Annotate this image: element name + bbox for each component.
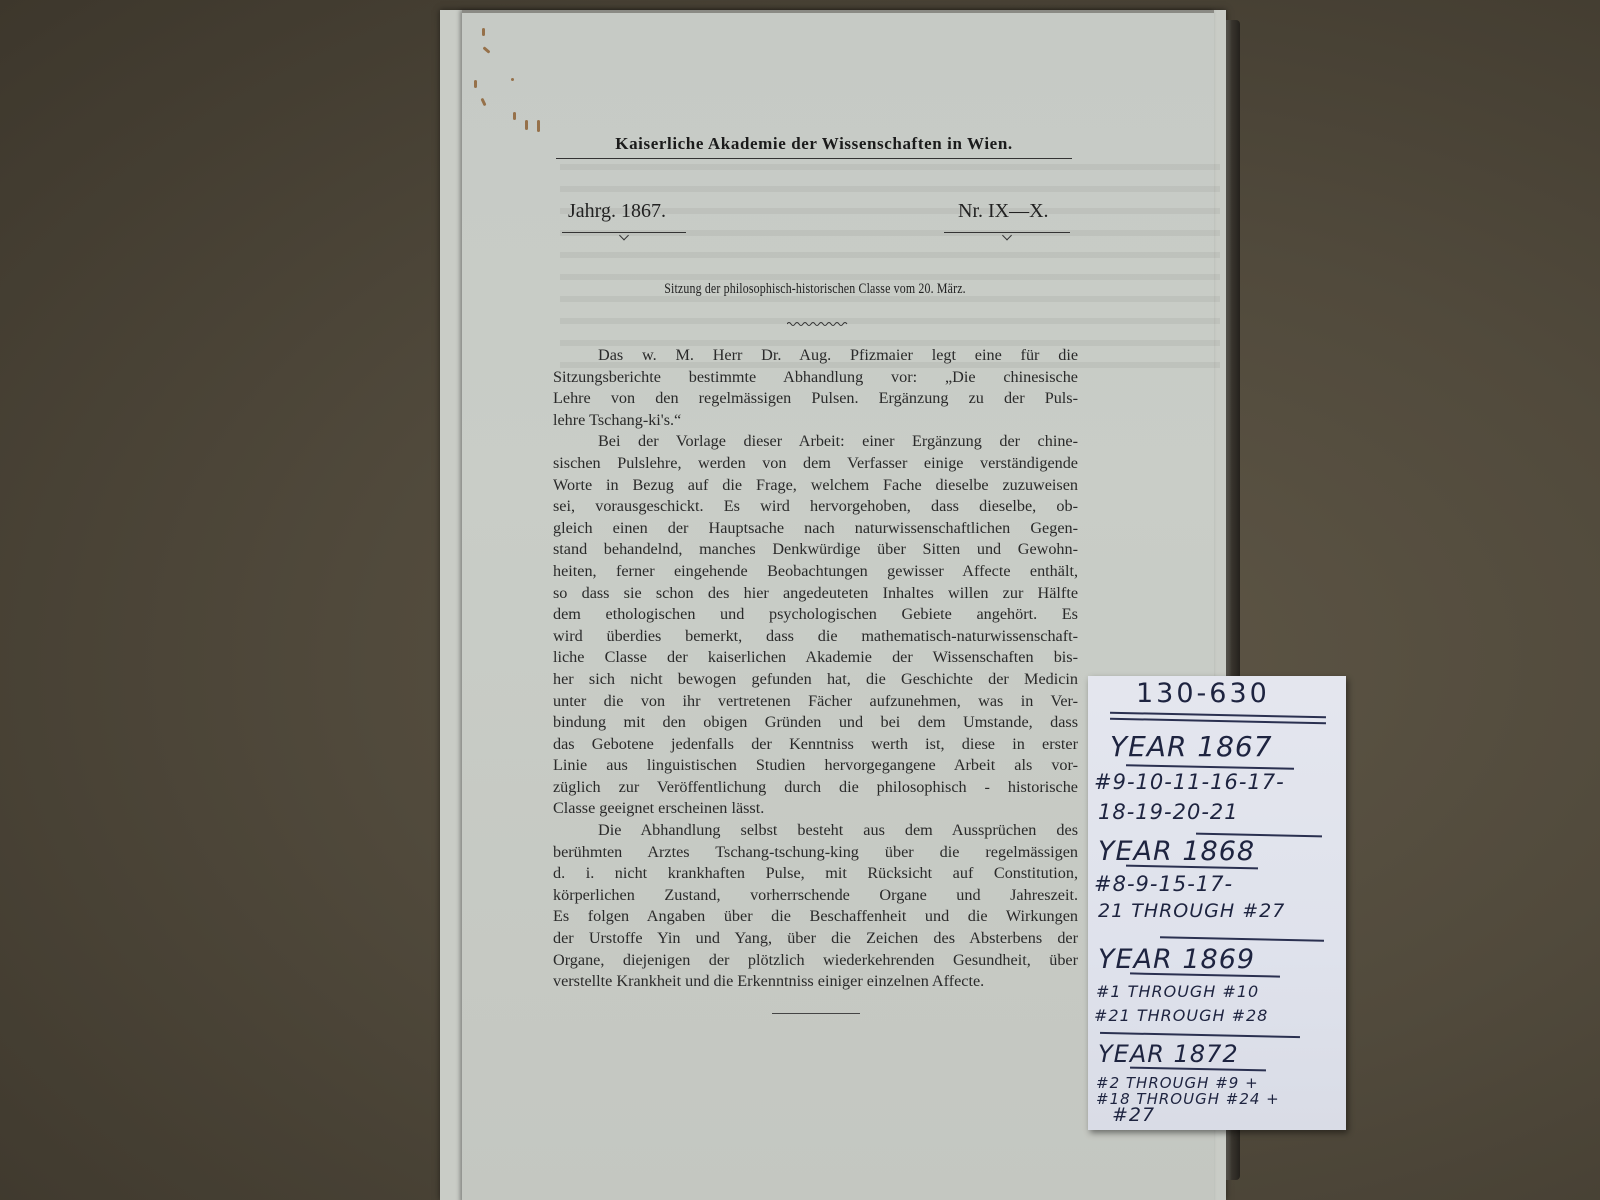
body-line: körperlichen Zustand, vorherrschende Org…: [553, 885, 1078, 907]
body-line: wird überdies bemerkt, dass die mathemat…: [553, 626, 1078, 648]
body-line: züglich zur Veröffentlichung durch die p…: [553, 777, 1078, 799]
body-line: Sitzungsberichte bestimmte Abhandlung vo…: [553, 367, 1078, 389]
body-line: das Gebotene jedenfalls der Kenntniss we…: [553, 734, 1078, 756]
body-line: Es folgen Angaben über die Beschaffenhei…: [553, 906, 1078, 928]
end-rule: [772, 1013, 860, 1014]
foxing-mark: [513, 112, 516, 120]
body-line: dem ethologischen und psychologischen Ge…: [553, 604, 1078, 626]
body-line: Worte in Bezug auf die Frage, welchem Fa…: [553, 475, 1078, 497]
wavy-divider: [787, 320, 849, 328]
card-year-1869: YEAR 1869: [1098, 944, 1255, 975]
body-line: unter die von ihr vertretenen Fächer auf…: [553, 691, 1078, 713]
body-line: Bei der Vorlage dieser Arbeit: einer Erg…: [553, 431, 1078, 453]
foxing-mark: [482, 28, 485, 36]
card-year-1868: YEAR 1868: [1098, 836, 1255, 867]
body-line: der Urstoffe Yin und Yang, über die Zeic…: [553, 928, 1078, 950]
year-label: Jahrg. 1867.: [568, 200, 666, 223]
card-issues-1869-a: #1 THROUGH #10: [1096, 982, 1259, 1001]
year-brace: [562, 232, 686, 233]
body-line: heiten, ferner eingehende Beobachtungen …: [553, 561, 1078, 583]
foxing-mark: [511, 78, 514, 81]
body-line: stand behandelnd, manches Denkwürdige üb…: [553, 539, 1078, 561]
card-issues-1867-a: #9-10-11-16-17-: [1094, 770, 1285, 794]
body-line: Classe geeignet erscheinen lässt.: [553, 798, 1078, 820]
body-line: so dass sie schon des hier angedeuteten …: [553, 583, 1078, 605]
foxing-mark: [537, 120, 540, 132]
card-year-1867: YEAR 1867: [1110, 730, 1273, 763]
body-line: liche Classe der kaiserlichen Akademie d…: [553, 647, 1078, 669]
body-line: Die Abhandlung selbst besteht aus dem Au…: [553, 820, 1078, 842]
foxing-mark: [474, 80, 477, 88]
body-line: bindung mit den obigen Gründen und bei d…: [553, 712, 1078, 734]
card-issues-1872-c: #27: [1112, 1104, 1155, 1126]
body-line: lehre Tschang-ki's.“: [553, 410, 1078, 432]
body-line: Lehre von den regelmässigen Pulsen. Ergä…: [553, 388, 1078, 410]
issue-number: Nr. IX—X.: [958, 200, 1049, 223]
card-catalog-number: 130-630: [1136, 678, 1270, 709]
body-line: verstellte Krankheit und die Erkenntniss…: [553, 971, 1078, 993]
body-line: Das w. M. Herr Dr. Aug. Pfizmaier legt e…: [553, 345, 1078, 367]
body-line: gleich einen der Hauptsache nach naturwi…: [553, 518, 1078, 540]
body-line: berühmten Arztes Tschang-tschung-king üb…: [553, 842, 1078, 864]
body-line: her sich nicht bewogen gefunden hat, die…: [553, 669, 1078, 691]
card-issues-1867-b: 18-19-20-21: [1098, 800, 1239, 824]
body-line: sischen Pulslehre, werden von dem Verfas…: [553, 453, 1078, 475]
issue-brace: [944, 232, 1070, 233]
card-issues-1868-b: 21 THROUGH #27: [1098, 900, 1285, 922]
body-line: Linie aus linguistischen Studien hervorg…: [553, 755, 1078, 777]
body-line: Organe, diejenigen der plötzlich wiederk…: [553, 950, 1078, 972]
card-issues-1869-b: #21 THROUGH #28: [1094, 1006, 1268, 1025]
academy-heading: Kaiserliche Akademie der Wissenschaften …: [558, 134, 1070, 154]
card-issues-1868-a: #8-9-15-17-: [1094, 872, 1233, 896]
body-text: Das w. M. Herr Dr. Aug. Pfizmaier legt e…: [553, 345, 1078, 993]
body-line: d. i. nicht krankhaften Pulse, mit Rücks…: [553, 863, 1078, 885]
session-title: Sitzung der philosophisch-historischen C…: [606, 281, 1024, 298]
heading-rule: [556, 158, 1072, 159]
card-year-1872: YEAR 1872: [1098, 1040, 1239, 1068]
body-line: sei, vorausgeschickt. Es wird hervorgeho…: [553, 496, 1078, 518]
foxing-mark: [525, 120, 528, 130]
